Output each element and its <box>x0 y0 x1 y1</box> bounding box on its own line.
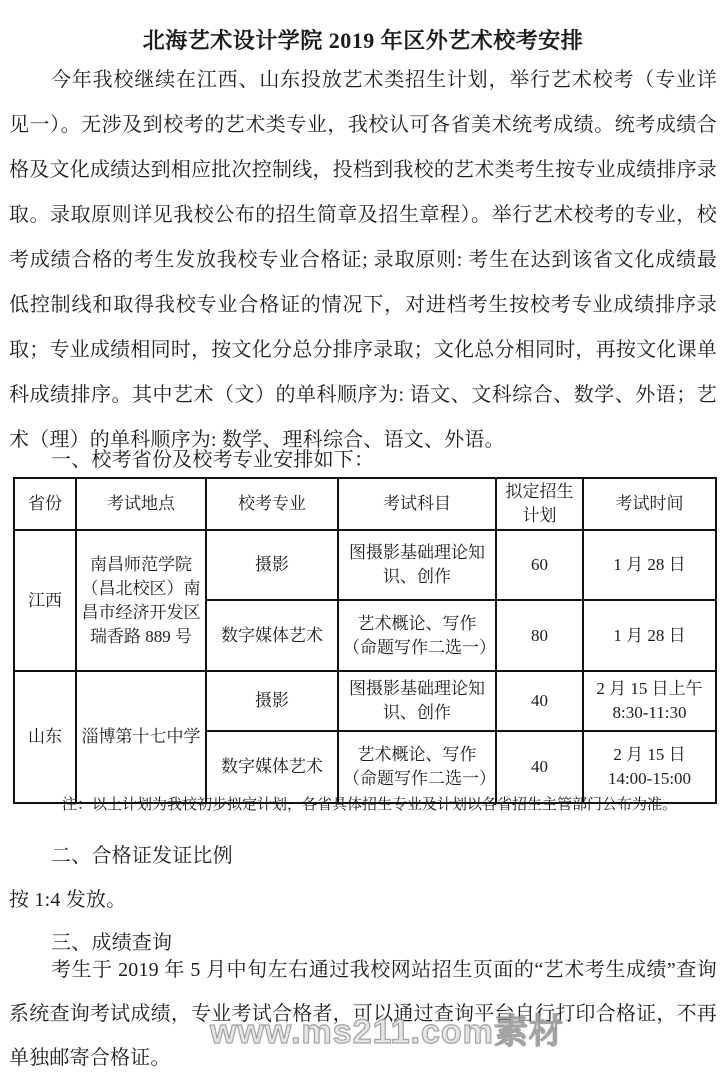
cell-subjects: 图摄影基础理论知识、创作 <box>338 530 496 600</box>
cell-time: 2 月 15 日上午 8:30-11:30 <box>583 671 716 731</box>
section2-body: 按 1:4 发放。 <box>9 878 717 923</box>
cell-location: 淄博第十七中学 <box>76 671 206 803</box>
table-row: 江西 南昌师范学院（昌北校区）南昌市经济开发区瑞香路 889 号 摄影 图摄影基… <box>14 530 716 600</box>
document-page: 北海艺术设计学院 2019 年区外艺术校考安排 今年我校继续在江西、山东投放艺术… <box>0 0 726 1081</box>
table-header-row: 省份 考试地点 校考专业 考试科目 拟定招生计划 考试时间 <box>14 478 716 530</box>
cell-province: 江西 <box>14 530 76 671</box>
table-row: 山东 淄博第十七中学 摄影 图摄影基础理论知识、创作 40 2 月 15 日上午… <box>14 671 716 731</box>
col-header-province: 省份 <box>14 478 76 530</box>
cell-quota: 40 <box>496 731 583 803</box>
cell-province: 山东 <box>14 671 76 803</box>
cell-major: 数字媒体艺术 <box>206 600 338 671</box>
cell-major: 摄影 <box>206 530 338 600</box>
col-header-location: 考试地点 <box>76 478 206 530</box>
table-note: 注：以上计划为我校初步拟定计划，各省具体招生专业及计划以各省招生主管部门公布为准… <box>62 795 712 815</box>
cell-subjects: 艺术概论、写作（命题写作二选一） <box>338 600 496 671</box>
intro-paragraph: 今年我校继续在江西、山东投放艺术类招生计划，举行艺术校考（专业详见一）。无涉及到… <box>9 58 717 463</box>
cell-time: 1 月 28 日 <box>583 600 716 671</box>
cell-quota: 80 <box>496 600 583 671</box>
col-header-subjects: 考试科目 <box>338 478 496 530</box>
cell-subjects: 艺术概论、写作（命题写作二选一） <box>338 731 496 803</box>
page-title: 北海艺术设计学院 2019 年区外艺术校考安排 <box>0 24 726 55</box>
col-header-quota: 拟定招生计划 <box>496 478 583 530</box>
section2-heading: 二、合格证发证比例 <box>9 834 717 879</box>
section3-body: 考生于 2019 年 5 月中旬左右通过我校网站招生页面的“艺术考生成绩”查询系… <box>9 948 717 1080</box>
cell-major: 摄影 <box>206 671 338 731</box>
col-header-major: 校考专业 <box>206 478 338 530</box>
cell-major: 数字媒体艺术 <box>206 731 338 803</box>
cell-time: 1 月 28 日 <box>583 530 716 600</box>
cell-subjects: 图摄影基础理论知识、创作 <box>338 671 496 731</box>
exam-schedule-table: 省份 考试地点 校考专业 考试科目 拟定招生计划 考试时间 江西 南昌师范学院（… <box>13 477 717 804</box>
cell-time: 2 月 15 日 14:00-15:00 <box>583 731 716 803</box>
cell-quota: 40 <box>496 671 583 731</box>
cell-quota: 60 <box>496 530 583 600</box>
cell-location: 南昌师范学院（昌北校区）南昌市经济开发区瑞香路 889 号 <box>76 530 206 671</box>
col-header-time: 考试时间 <box>583 478 716 530</box>
